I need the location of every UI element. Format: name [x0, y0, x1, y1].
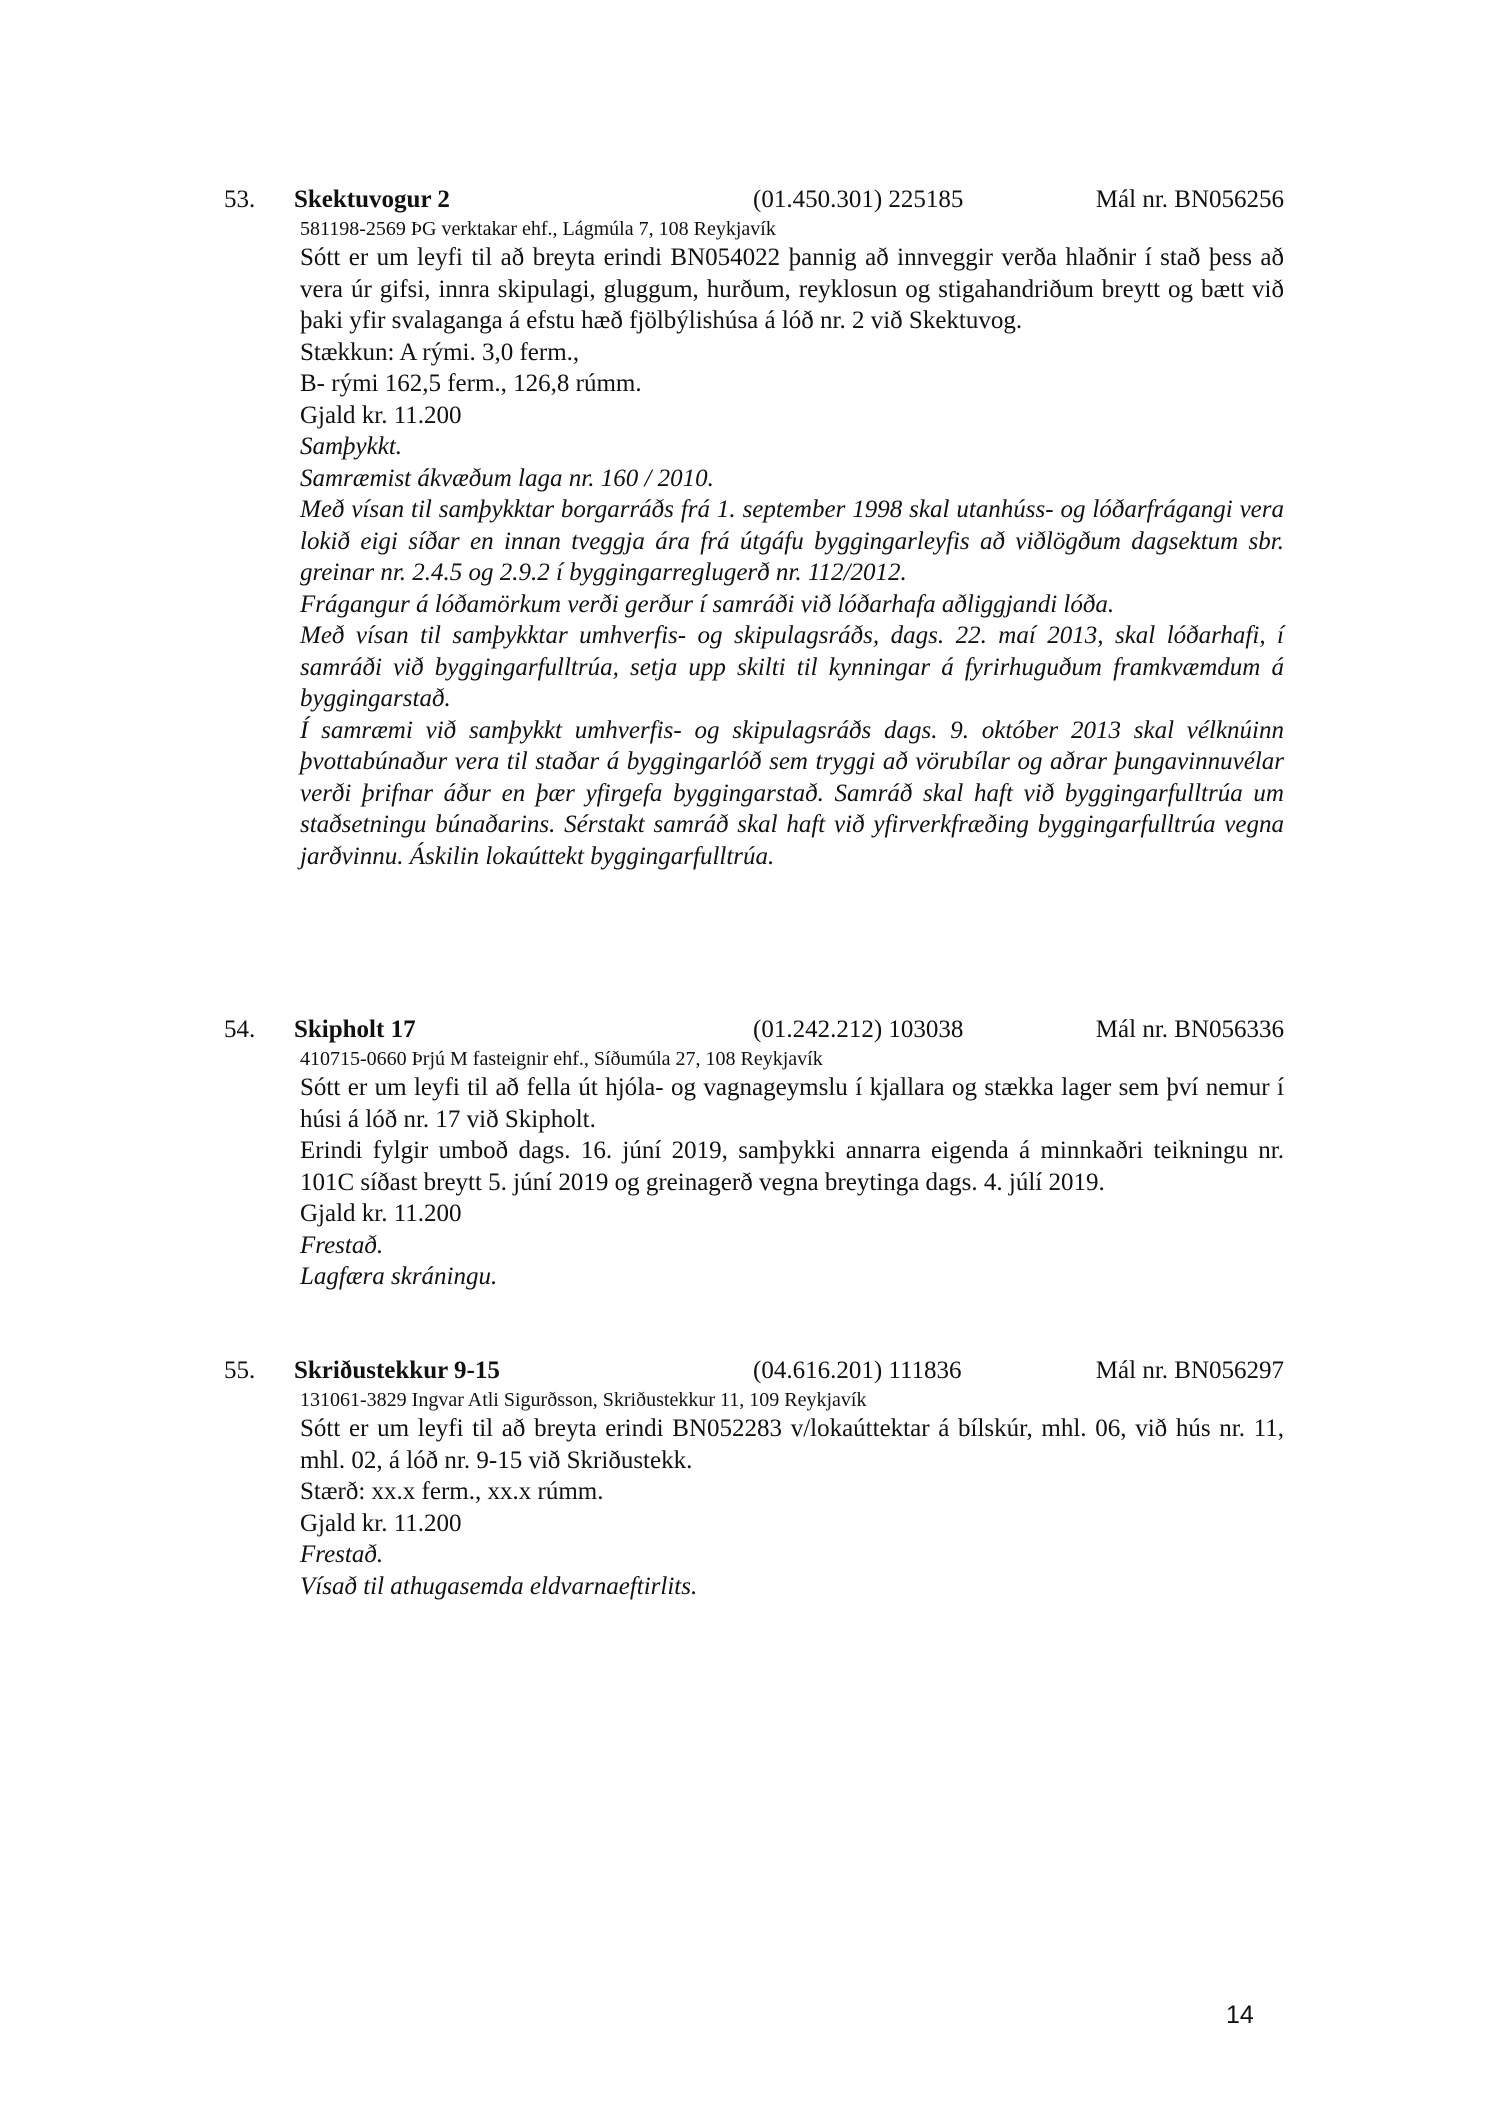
entry-note: Vísað til athugasemda eldvarnaeftirlits. [300, 1571, 1284, 1603]
case-entry: 55. Skriðustekkur 9-15 (04.616.201) 1118… [224, 1354, 1284, 1602]
entry-decision: Samþykkt. [300, 431, 1284, 463]
entry-number: 55. [224, 1354, 255, 1387]
entry-address: Skektuvogur 2 [294, 183, 450, 216]
entry-decision: Frestað. [300, 1230, 1284, 1262]
entry-note: Með vísan til samþykktar borgarráðs frá … [300, 494, 1284, 589]
entry-case-number: Mál nr. BN056336 [1096, 1013, 1284, 1046]
entry-note: Samræmist ákvæðum laga nr. 160 / 2010. [300, 463, 1284, 495]
entry-applicant: 131061-3829 Ingvar Atli Sigurðsson, Skri… [300, 1387, 1284, 1413]
document-page: 53. Skektuvogur 2 (01.450.301) 225185 Má… [0, 0, 1500, 2122]
entry-note: Frágangur á lóðamörkum verði gerður í sa… [300, 589, 1284, 621]
entry-address: Skipholt 17 [294, 1013, 416, 1046]
entry-fee: Gjald kr. 11.200 [300, 1198, 1284, 1230]
entry-fee: Gjald kr. 11.200 [300, 1508, 1284, 1540]
entry-number: 54. [224, 1013, 255, 1046]
entry-note: Lagfæra skráningu. [300, 1261, 1284, 1293]
entry-applicant: 410715-0660 Þrjú M fasteignir ehf., Síðu… [300, 1046, 1284, 1072]
entry-number: 53. [224, 183, 255, 216]
entry-applicant: 581198-2569 ÞG verktakar ehf., Lágmúla 7… [300, 216, 1284, 242]
case-entry: 54. Skipholt 17 (01.242.212) 103038 Mál … [224, 1013, 1284, 1293]
entry-decision: Frestað. [300, 1539, 1284, 1571]
entry-size-line: Stærð: xx.x ferm., xx.x rúmm. [300, 1476, 1284, 1508]
entry-attachments: Erindi fylgir umboð dags. 16. júní 2019,… [300, 1135, 1284, 1198]
entry-size-line: B- rými 162,5 ferm., 126,8 rúmm. [300, 368, 1284, 400]
entry-note: Með vísan til samþykktar umhverfis- og s… [300, 620, 1284, 715]
entry-header: 55. Skriðustekkur 9-15 (04.616.201) 1118… [224, 1354, 1284, 1387]
entry-header: 53. Skektuvogur 2 (01.450.301) 225185 Má… [224, 183, 1284, 216]
entry-description: Sótt er um leyfi til að breyta erindi BN… [300, 242, 1284, 337]
entry-size-line: Stækkun: A rými. 3,0 ferm., [300, 337, 1284, 369]
entry-description: Sótt er um leyfi til að breyta erindi BN… [300, 1413, 1284, 1476]
entry-note: Í samræmi við samþykkt umhverfis- og ski… [300, 715, 1284, 873]
case-entry: 53. Skektuvogur 2 (01.450.301) 225185 Má… [224, 183, 1284, 872]
entry-case-number: Mál nr. BN056297 [1096, 1354, 1284, 1387]
entry-address: Skriðustekkur 9-15 [294, 1354, 500, 1387]
entry-description: Sótt er um leyfi til að fella út hjóla- … [300, 1072, 1284, 1135]
entry-header: 54. Skipholt 17 (01.242.212) 103038 Mál … [224, 1013, 1284, 1046]
entry-case-number: Mál nr. BN056256 [1096, 183, 1284, 216]
entry-fee: Gjald kr. 11.200 [300, 400, 1284, 432]
entry-lot-number: (01.450.301) 225185 [753, 183, 963, 216]
entry-lot-number: (01.242.212) 103038 [753, 1013, 963, 1046]
page-number: 14 [1226, 2001, 1254, 2030]
entry-lot-number: (04.616.201) 111836 [753, 1354, 962, 1387]
